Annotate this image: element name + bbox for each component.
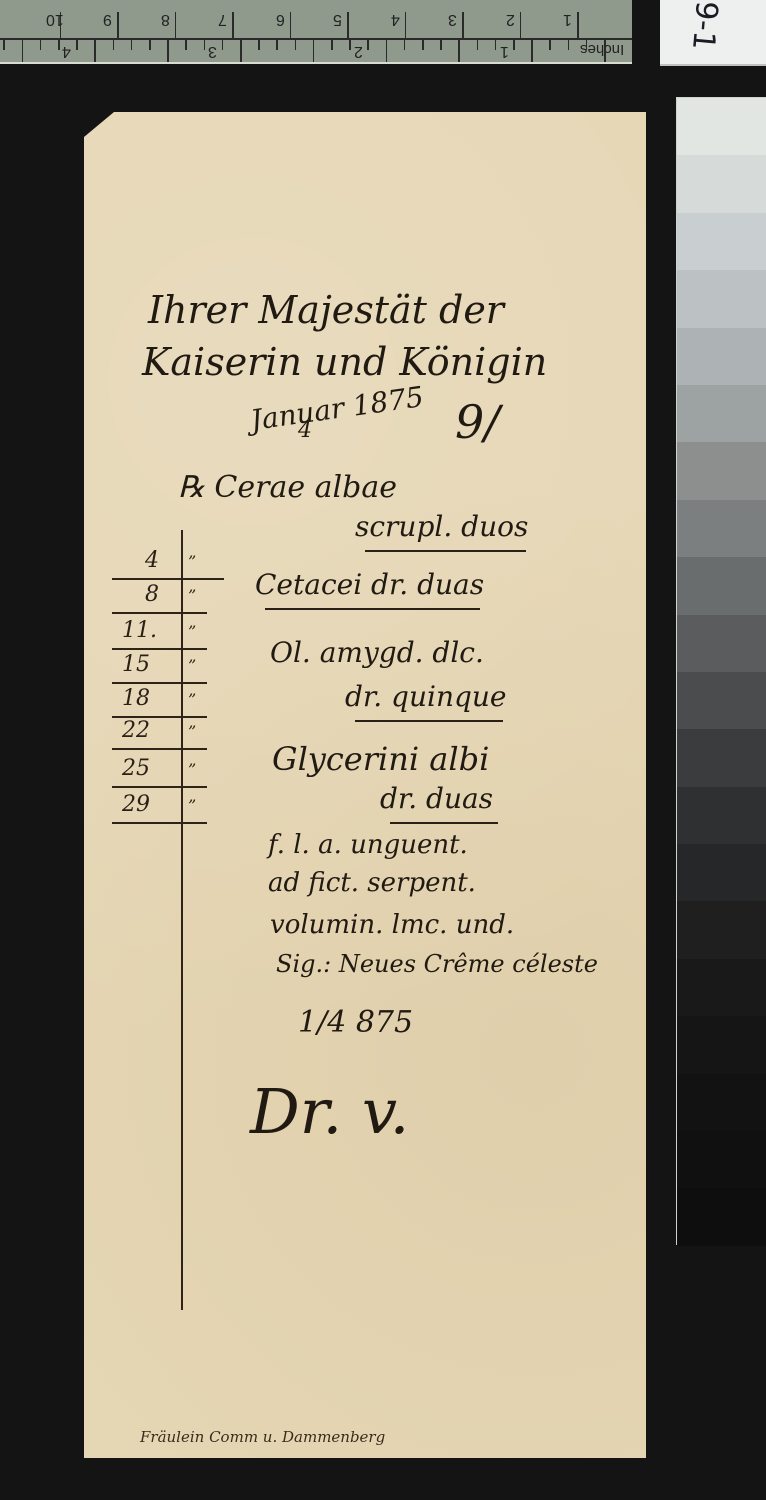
ledger-number: 29 — [122, 792, 150, 817]
gray-patch — [677, 1016, 766, 1073]
ruler-lower-label: 4 — [62, 42, 71, 60]
ruler-minor-tick — [531, 40, 533, 62]
ruler-minor-tick — [76, 40, 78, 50]
ruler-minor-tick — [167, 40, 169, 62]
ruler-inch-tick — [347, 12, 349, 38]
ledger-ditto: ” — [188, 552, 196, 571]
gray-patch — [677, 500, 766, 557]
ruler-minor-tick — [22, 40, 24, 62]
gray-patch — [677, 385, 766, 442]
ruler-minor-tick — [149, 40, 151, 50]
ruler-inch-label: 6 — [276, 10, 285, 28]
ruler-minor-tick — [367, 40, 369, 50]
ledger-column-rule — [181, 530, 183, 1310]
gray-patch — [677, 1074, 766, 1131]
ruler-inch-tick — [462, 12, 464, 38]
ruler-minor-tick — [513, 40, 515, 50]
ruler-inch-tick — [577, 12, 579, 38]
prescription-line: Glycerini albi — [272, 740, 489, 778]
gray-patch — [677, 1131, 766, 1188]
ruler-inch-label: 2 — [506, 10, 515, 28]
ruler-minor-tick — [586, 40, 588, 50]
date-sub: 4 — [298, 418, 312, 443]
ruler-inch-label: 10 — [46, 10, 64, 28]
ledger-number: 4 — [145, 548, 159, 573]
ledger-number: 25 — [122, 756, 150, 781]
prescription-line: ℞ Cerae albae — [178, 470, 397, 505]
ruler-inch-label: 9 — [103, 10, 112, 28]
ruler-minor-tick — [568, 40, 570, 50]
ruler-minor-tick — [349, 40, 351, 50]
gray-patch — [677, 1188, 766, 1245]
ruler-inch-tick — [290, 12, 292, 38]
ruler-minor-tick — [113, 40, 115, 50]
prescription-line: 1/4 875 — [298, 1005, 413, 1040]
ruler-minor-tick — [549, 40, 551, 50]
ruler-minor-tick — [40, 40, 42, 50]
ruler-minor-tick — [477, 40, 479, 50]
prescription-line: Ol. amygd. dlc. — [270, 636, 484, 669]
underline-rule — [390, 822, 498, 824]
ruler-inch-tick — [175, 12, 177, 38]
ruler-lower-label: 1 — [500, 42, 509, 60]
ruler-minor-tick — [604, 40, 606, 62]
underline-rule — [365, 550, 526, 552]
ruler-minor-tick — [58, 40, 60, 50]
ledger-number: 15 — [122, 652, 150, 677]
ruler-minor-tick — [94, 40, 96, 62]
ruler-minor-tick — [495, 40, 497, 50]
ruler-minor-tick — [185, 40, 187, 50]
prescription-line: volumin. lmc. und. — [270, 910, 514, 940]
prescription-line: f. l. a. unguent. — [268, 830, 468, 860]
signature: Dr. v. — [250, 1075, 409, 1148]
underline-rule — [265, 608, 480, 610]
catalog-tag-label: 9-1 — [685, 0, 724, 51]
gray-patch — [677, 98, 766, 155]
gray-patch — [677, 959, 766, 1016]
ledger-ditto: ” — [188, 622, 196, 641]
ruler-minor-tick — [240, 40, 242, 62]
gray-patch — [677, 213, 766, 270]
ruler-minor-tick — [404, 40, 406, 50]
gray-patch — [677, 901, 766, 958]
ledger-row-rule — [112, 748, 207, 750]
ruler-lower-label: 3 — [208, 42, 217, 60]
measurement-ruler: Inches 123456789101234 — [0, 0, 632, 64]
gray-patch — [677, 328, 766, 385]
ledger-row-rule — [112, 822, 207, 824]
ruler-inch-label: 5 — [333, 10, 342, 28]
ledger-row-rule — [112, 786, 207, 788]
ledger-ditto: ” — [188, 690, 196, 709]
gray-patch — [677, 672, 766, 729]
prescription-line: scrupl. duos — [355, 510, 528, 543]
ruler-minor-tick — [131, 40, 133, 50]
gray-patch — [677, 442, 766, 499]
gray-patch — [677, 787, 766, 844]
ruler-minor-tick — [295, 40, 297, 50]
prescription-line: Sig.: Neues Crême céleste — [276, 950, 598, 978]
gray-patch — [677, 844, 766, 901]
ruler-minor-tick — [222, 40, 224, 50]
prescription-line: Cetacei dr. duas — [255, 568, 484, 601]
catalog-tag: 9-1 — [660, 0, 766, 66]
ruler-minor-tick — [440, 40, 442, 50]
ruler-inch-label: 3 — [448, 10, 457, 28]
ledger-ditto: ” — [188, 722, 196, 741]
ledger-ditto: ” — [188, 656, 196, 675]
ledger-number: 11. — [122, 618, 157, 643]
ruler-minor-tick — [331, 40, 333, 50]
heading-line-2: Kaiserin und Königin — [142, 340, 547, 384]
ledger-row-rule — [112, 648, 207, 650]
ledger-number: 8 — [145, 582, 159, 607]
gray-patch — [677, 729, 766, 786]
ruler-minor-tick — [3, 40, 5, 50]
prescription-line: ad fict. serpent. — [268, 868, 476, 898]
ledger-ditto: ” — [188, 586, 196, 605]
gray-patch — [677, 557, 766, 614]
ledger-number: 18 — [122, 686, 150, 711]
ruler-inch-label: 8 — [161, 10, 170, 28]
ledger-row-rule — [112, 612, 207, 614]
heading-line-1: Ihrer Majestät der — [148, 288, 504, 332]
ledger-ditto: ” — [188, 796, 196, 815]
prescription-line: dr. quinque — [345, 680, 507, 713]
gray-scale-card — [676, 97, 766, 1245]
footer-note: Fräulein Comm u. Dammenberg — [140, 1428, 385, 1446]
gray-patch — [677, 155, 766, 212]
ruler-inch-label: 4 — [391, 10, 400, 28]
ruler-inch-label: 7 — [218, 10, 227, 28]
ledger-row-rule — [112, 682, 207, 684]
ruler-minor-tick — [422, 40, 424, 50]
ledger-ditto: ” — [188, 760, 196, 779]
ledger-number: 22 — [122, 718, 150, 743]
gray-patch — [677, 270, 766, 327]
ruler-inch-tick — [232, 12, 234, 38]
ruler-minor-tick — [204, 40, 206, 50]
ruler-inch-tick — [405, 12, 407, 38]
ruler-minor-tick — [276, 40, 278, 50]
underline-rule — [355, 720, 503, 722]
ruler-inch-tick — [117, 12, 119, 38]
ledger-row-rule — [112, 578, 224, 580]
ruler-minor-tick — [458, 40, 460, 62]
ruler-lower-label: 2 — [354, 42, 363, 60]
ruler-inch-label: 1 — [563, 10, 572, 28]
prescription-line: dr. duas — [380, 782, 493, 815]
ruler-minor-tick — [258, 40, 260, 50]
ruler-minor-tick — [313, 40, 315, 62]
page-mark: 9/ — [455, 395, 500, 449]
gray-patch — [677, 615, 766, 672]
ruler-inch-tick — [520, 12, 522, 38]
ruler-minor-tick — [386, 40, 388, 62]
